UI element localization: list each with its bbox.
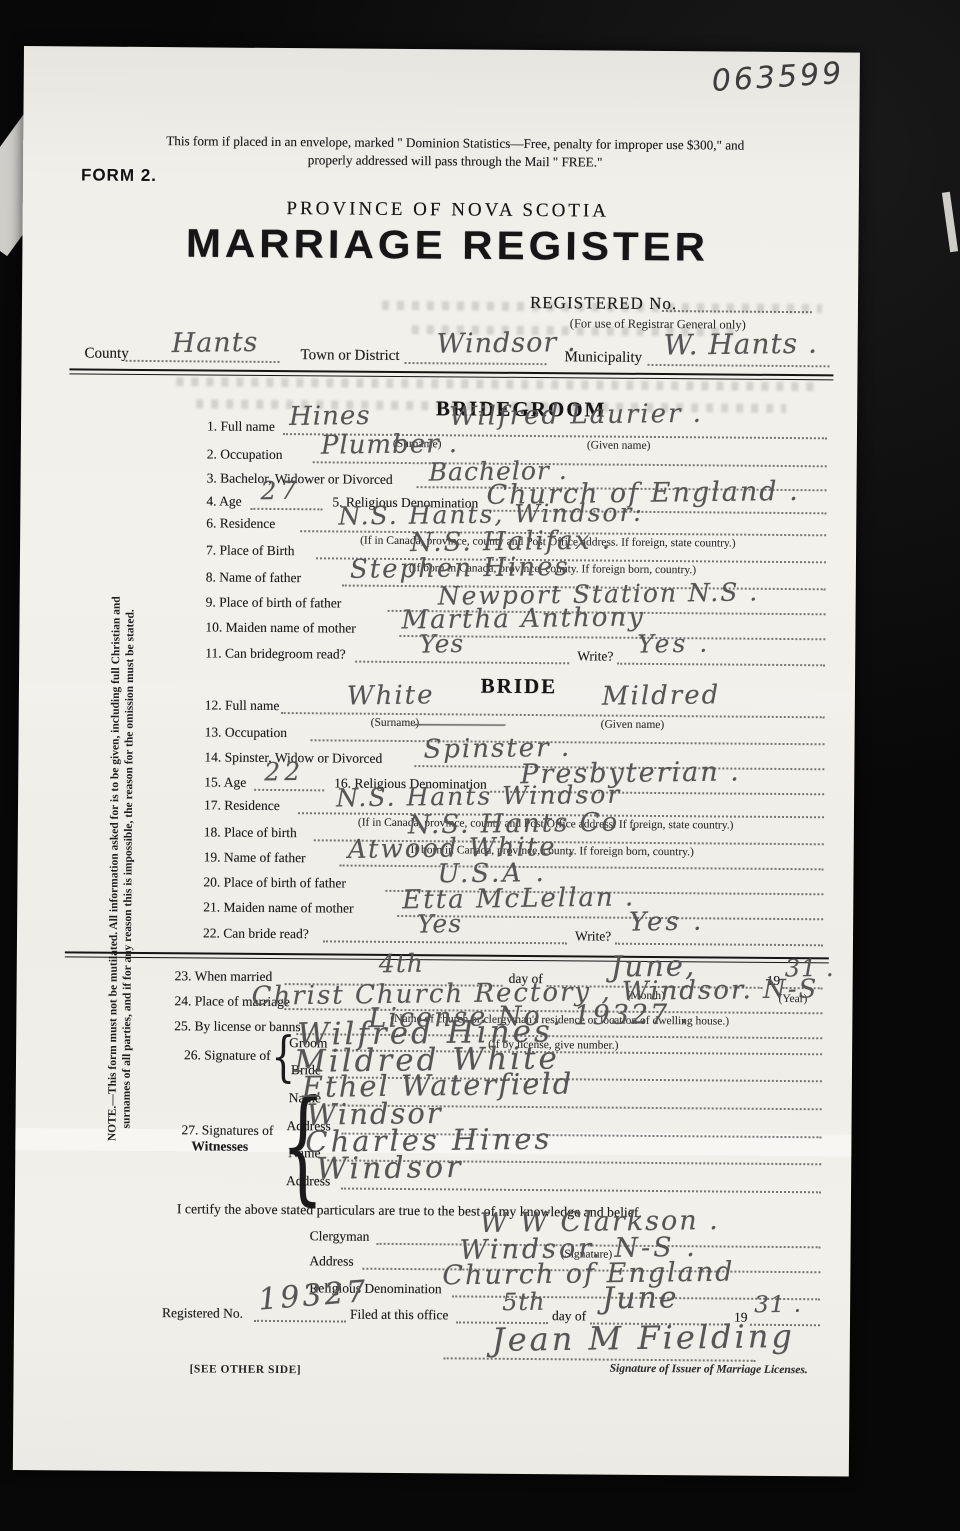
bride-mother-label: 21. Maiden name of mother (203, 899, 353, 916)
filed-year-value: 31 . (754, 1292, 802, 1319)
bride-fullname-label: 12. Full name (205, 697, 280, 714)
mail-notice-line2: properly addressed will pass through the… (105, 151, 805, 172)
bride-heading: BRIDE (219, 672, 819, 702)
groom-occupation-value: Plumber . (321, 429, 459, 461)
groom-age-label: 4. Age (206, 493, 241, 509)
county-label: County (85, 345, 129, 362)
groom-father-label: 8. Name of father (206, 569, 301, 586)
dotted-line (254, 789, 324, 792)
dotted-line (341, 1188, 821, 1194)
section-divider (65, 951, 829, 963)
dotted-line (617, 663, 825, 667)
groom-mother-label: 10. Maiden name of mother (205, 619, 355, 636)
clergyman-address-label: Address (309, 1253, 353, 1269)
registered-no-label: REGISTERED No. (530, 293, 677, 314)
scan-background: NOTE.—This form must not be mutilated. A… (0, 0, 960, 1531)
municipality-value: W. Hants . (663, 327, 818, 362)
filed-day-value: 5th (502, 1288, 546, 1317)
groom-write-value: Yes . (637, 629, 710, 659)
dotted-line (355, 661, 569, 665)
dotted-line (662, 310, 812, 313)
town-label: Town or District (301, 347, 400, 365)
county-value: Hants (171, 327, 258, 359)
serial-number: 063599 (711, 56, 845, 99)
bride-birthplace-label: 18. Place of birth (204, 824, 297, 841)
marriage-register-document: NOTE.—This form must not be mutilated. A… (13, 46, 860, 1477)
groom-write-label: Write? (577, 648, 613, 664)
form-number: FORM 2. (81, 165, 157, 186)
groom-read-value: Yes (419, 629, 464, 659)
groom-residence-label: 6. Residence (206, 515, 275, 532)
issuer-signature-caption: Signature of Issuer of Marriage Licenses… (610, 1363, 808, 1377)
dotted-line (340, 865, 824, 871)
see-other-side-label: [SEE OTHER SIDE] (190, 1363, 302, 1376)
town-value: Windsor . (436, 327, 576, 360)
bride-read-label: 22. Can bride read? (203, 925, 309, 942)
bride-occupation-label: 13. Occupation (205, 724, 288, 741)
dotted-line (648, 364, 830, 367)
dotted-line (126, 360, 280, 363)
dotted-line (254, 1320, 346, 1323)
cert-denomination-value: Church of England (442, 1257, 734, 1292)
side-note: NOTE.—This form must not be mutilated. A… (105, 559, 138, 1179)
bride-given-value: Mildred (602, 680, 721, 712)
groom-given-value: Wilfred Laurier . (449, 399, 703, 432)
bride-write-value: Yes . (629, 907, 705, 938)
issuer-signature-value: Jean M Fielding (492, 1317, 795, 1359)
bride-age-value: 22 (264, 757, 304, 787)
groom-surname-value: Hines (289, 401, 371, 432)
bride-write-label: Write? (575, 928, 611, 944)
bride-residence-label: 17. Residence (204, 797, 280, 814)
signature-of-label: 26. Signature of (184, 1047, 271, 1064)
groom-age-value: 27 (260, 476, 300, 506)
filed-label: Filed at this office (350, 1307, 448, 1324)
dotted-line (313, 461, 827, 467)
bride-occupation-value: — (409, 711, 516, 735)
witness2-address-value: Windsor (316, 1150, 464, 1187)
dotted-line (281, 712, 825, 718)
clergyman-label: Clergyman (310, 1228, 370, 1244)
groom-occupation-label: 2. Occupation (207, 446, 283, 463)
scan-edge-sliver-right (942, 192, 958, 253)
groom-father-birthplace-label: 9. Place of birth of father (206, 594, 342, 611)
dotted-line (405, 362, 547, 365)
witnesses-label-line2: Witnesses (191, 1138, 248, 1154)
registered-no-bottom-label: Registered No. (162, 1305, 243, 1322)
page-title: MARRIAGE REGISTER (122, 220, 772, 271)
dotted-line (250, 508, 322, 511)
dotted-line (444, 1357, 756, 1361)
groom-fullname-label: 1. Full name (207, 418, 275, 435)
when-married-day: 4th (379, 949, 424, 979)
given-name-hint: (Given name) (601, 719, 665, 731)
bride-read-value: Yes (417, 909, 462, 939)
witnesses-label-line1: 27. Signatures of (181, 1122, 273, 1139)
bride-age-label: 15. Age (204, 774, 246, 790)
groom-read-label: 11. Can bridegroom read? (205, 645, 346, 662)
municipality-label: Municipality (565, 349, 643, 367)
groom-birthplace-label: 7. Place of Birth (206, 542, 295, 559)
dotted-line (615, 943, 823, 947)
bride-father-label: 19. Name of father (204, 849, 306, 866)
given-name-hint: (Given name) (587, 439, 651, 451)
bride-surname-value: White (347, 680, 435, 711)
bride-father-birthplace-label: 20. Place of birth of father (203, 874, 346, 891)
filed-month-value: June (602, 1280, 679, 1316)
dotted-line (323, 940, 567, 944)
